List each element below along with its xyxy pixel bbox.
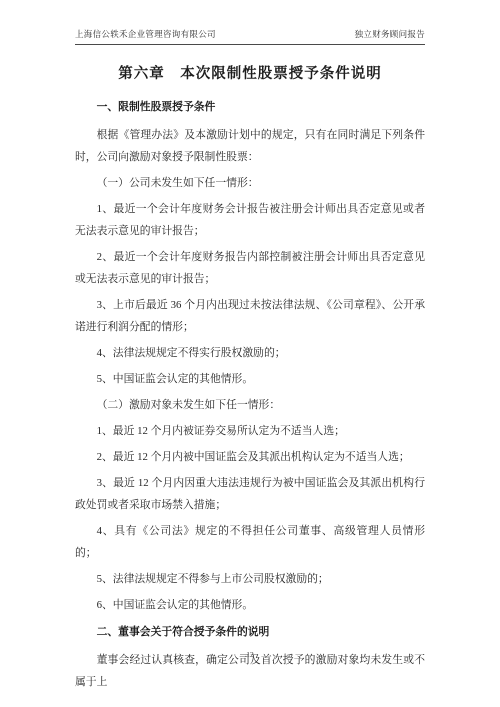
document-page: 上海信公轶禾企业管理咨询有限公司 独立财务顾问报告 第六章 本次限制性股票授予条… [0, 0, 500, 707]
incentive-condition-item-2: 2、最近 12 个月内被中国证监会及其派出机构认定为不适当人选； [75, 446, 425, 468]
incentive-condition-item-1: 1、最近 12 个月内被证券交易所认定为不适当人选； [75, 420, 425, 442]
header-report-type: 独立财务顾问报告 [355, 28, 425, 40]
incentive-condition-item-4: 4、具有《公司法》规定的不得担任公司董事、高级管理人员情形的； [75, 520, 425, 564]
chapter-title: 第六章 本次限制性股票授予条件说明 [0, 62, 500, 83]
section-heading-board-statement: 二、董事会关于符合授予条件的说明 [75, 621, 425, 643]
header-company-name: 上海信公轶禾企业管理咨询有限公司 [75, 28, 216, 40]
company-condition-item-5: 5、中国证监会认定的其他情形。 [75, 368, 425, 390]
incentive-condition-item-6: 6、中国证监会认定的其他情形。 [75, 594, 425, 616]
company-condition-item-3: 3、上市后最近 36 个月内出现过未按法律法规、《公司章程》、公开承诺进行利润分… [75, 294, 425, 338]
subsection-heading-incentive: （二）激励对象未发生如下任一情形： [75, 394, 425, 416]
company-condition-item-4: 4、法律法规规定不得实行股权激励的； [75, 342, 425, 364]
section-heading-grant-conditions: 一、限制性股票授予条件 [75, 96, 425, 118]
page-number: 12 [246, 650, 254, 659]
incentive-condition-item-5: 5、法律法规规定不得参与上市公司股权激励的； [75, 568, 425, 590]
subsection-heading-company: （一）公司未发生如下任一情形： [75, 172, 425, 194]
company-condition-item-2: 2、最近一个会计年度财务报告内部控制被注册会计师出具否定意见或无法表示意见的审计… [75, 246, 425, 290]
page-footer: 12 [0, 650, 500, 659]
incentive-condition-item-3: 3、最近 12 个月内因重大违法违规行为被中国证监会及其派出机构行政处罚或者采取… [75, 472, 425, 516]
document-body: 一、限制性股票授予条件 根据《管理办法》及本激励计划中的规定，只有在同时满足下列… [75, 96, 425, 693]
page-header: 上海信公轶禾企业管理咨询有限公司 独立财务顾问报告 [75, 28, 425, 45]
company-condition-item-1: 1、最近一个会计年度财务会计报告被注册会计师出具否定意见或者无法表示意见的审计报… [75, 198, 425, 242]
paragraph-intro: 根据《管理办法》及本激励计划中的规定，只有在同时满足下列条件时，公司向激励对象授… [75, 124, 425, 168]
